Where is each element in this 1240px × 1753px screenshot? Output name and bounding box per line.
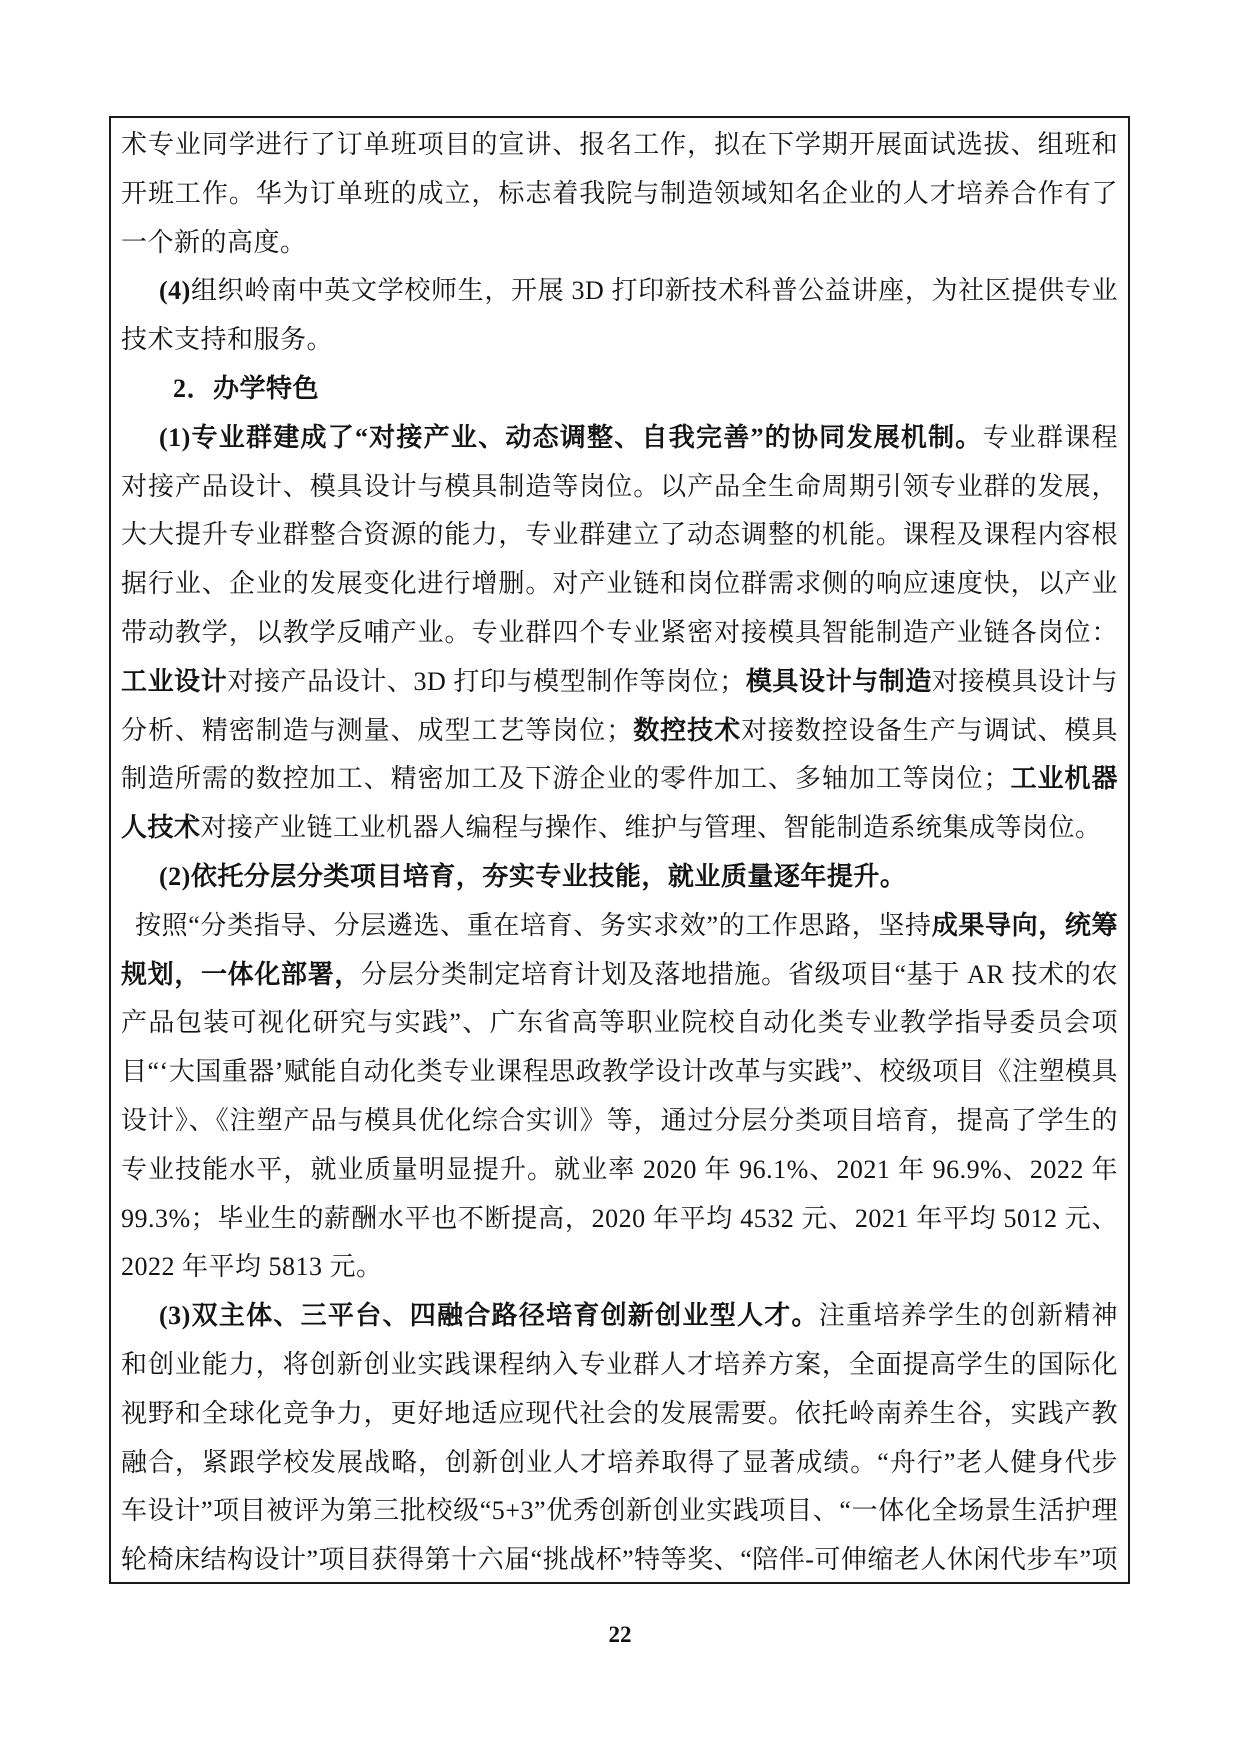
heading-section-2: 2．办学特色	[121, 365, 1118, 414]
paragraph-item-4: (4)组织岭南中英文学校师生，开展 3D 打印新技术科普公益讲座，为社区提供专业…	[121, 267, 1118, 365]
bold-text-run: (2)依托分层分类项目培育，夯实专业技能，就业质量逐年提升。	[159, 862, 906, 891]
text-run: 术专业同学进行了订单班项目的宣讲、报名工作，拟在下学期开展面试选拔、组班和开班工…	[121, 130, 1118, 257]
bold-text-run: (4)	[159, 276, 191, 305]
page-number: 22	[0, 1622, 1240, 1648]
bold-text-run: 数控技术	[633, 716, 741, 745]
text-run: 对接产业链工业机器人编程与操作、维护与管理、智能制造系统集成等岗位。	[201, 813, 1102, 842]
text-run: 对接产品设计、3D 打印与模型制作等岗位；	[227, 667, 745, 696]
paragraph-feature-3: (3)双主体、三平台、四融合路径培育创新创业型人才。注重培养学生的创新精神和创业…	[121, 1292, 1118, 1584]
bold-text-run: 模具设计与制造	[746, 667, 932, 696]
bold-text-run: (1)专业群建成了“对接产业、动态调整、自我完善”的协同发展机制。	[159, 423, 983, 452]
text-run: 专业群课程对接产品设计、模具设计与模具制造等岗位。以产品全生命周期引领专业群的发…	[121, 423, 1118, 647]
heading-feature-2: (2)依托分层分类项目培育，夯实专业技能，就业质量逐年提升。	[121, 853, 1118, 902]
text-run: 分层分类制定培育计划及落地措施。省级项目“基于 AR 技术的农产品包装可视化研究…	[121, 960, 1118, 1282]
text-run: 组织岭南中英文学校师生，开展 3D 打印新技术科普公益讲座，为社区提供专业技术支…	[121, 276, 1118, 354]
bold-text-run: 2．办学特色	[173, 374, 319, 403]
bold-text-run: (3)双主体、三平台、四融合路径培育创新创业型人才。	[159, 1301, 819, 1330]
paragraph-feature-1: (1)专业群建成了“对接产业、动态调整、自我完善”的协同发展机制。专业群课程对接…	[121, 414, 1118, 853]
document-content-box: 术专业同学进行了订单班项目的宣讲、报名工作，拟在下学期开展面试选拔、组班和开班工…	[109, 116, 1130, 1584]
bold-text-run: 工业设计	[121, 667, 227, 696]
text-run: 注重培养学生的创新精神和创业能力，将创新创业实践课程纳入专业群人才培养方案，全面…	[121, 1301, 1118, 1584]
paragraph-continuation: 术专业同学进行了订单班项目的宣讲、报名工作，拟在下学期开展面试选拔、组班和开班工…	[121, 121, 1118, 267]
paragraph-feature-2: 按照“分类指导、分层遴选、重在培育、务实求效”的工作思路，坚持成果导向，统筹规划…	[121, 902, 1118, 1292]
text-run: 按照“分类指导、分层遴选、重在培育、务实求效”的工作思路，坚持	[135, 911, 932, 940]
